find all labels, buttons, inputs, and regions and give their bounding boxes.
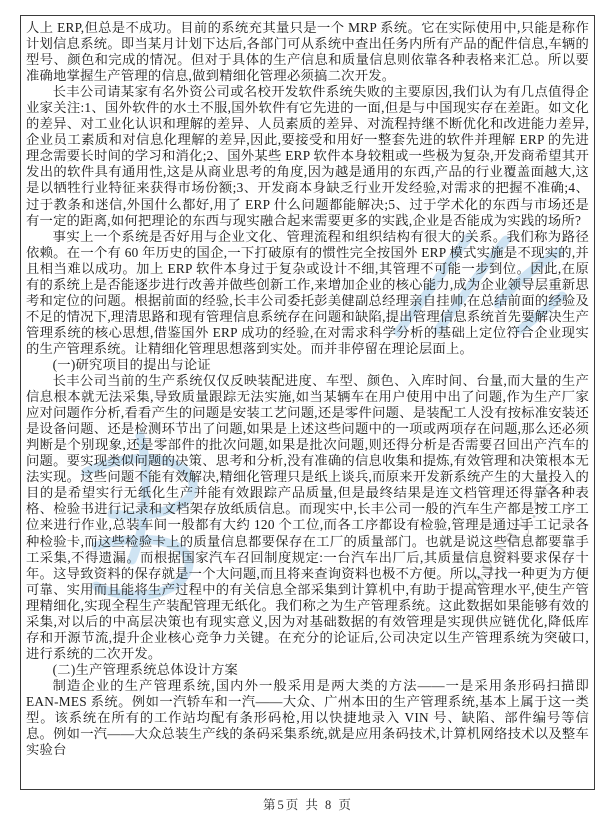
paragraph: 制造企业的生产管理系统,国内外一般采用是两大类的方法——一是采用条形码扫描即 E… [26, 678, 589, 758]
page-border-box: 人上 ERP,但总是不成功。目前的系统充其量只是一个 MRP 系统。它在实际使用… [20, 15, 595, 790]
document-page: ovony.co 人上 ERP,但总是不成功。目前的系统充其量只是一个 MRP … [0, 0, 616, 824]
paragraph: 长丰公司请某家有名外资公司或名校开发软件系统失败的主要原因,我们认为有几点值得企… [26, 84, 589, 228]
paragraph-continuation: 人上 ERP,但总是不成功。目前的系统充其量只是一个 MRP 系统。它在实际使用… [26, 20, 589, 84]
section-heading: (一)研究项目的提出与论证 [26, 357, 589, 373]
page-number-footer: 第5页 共 8 页 [0, 795, 616, 813]
paragraph: 长丰公司当前的生产系统仅仅反映装配进度、车型、颜色、入库时间、台量,而大量的生产… [26, 373, 589, 662]
section-heading: (二)生产管理系统总体设计方案 [26, 662, 589, 678]
paragraph: 事实上一个系统是否好用与企业文化、管理流程和组织结构有很大的关系。我们称为路径依… [26, 229, 589, 357]
